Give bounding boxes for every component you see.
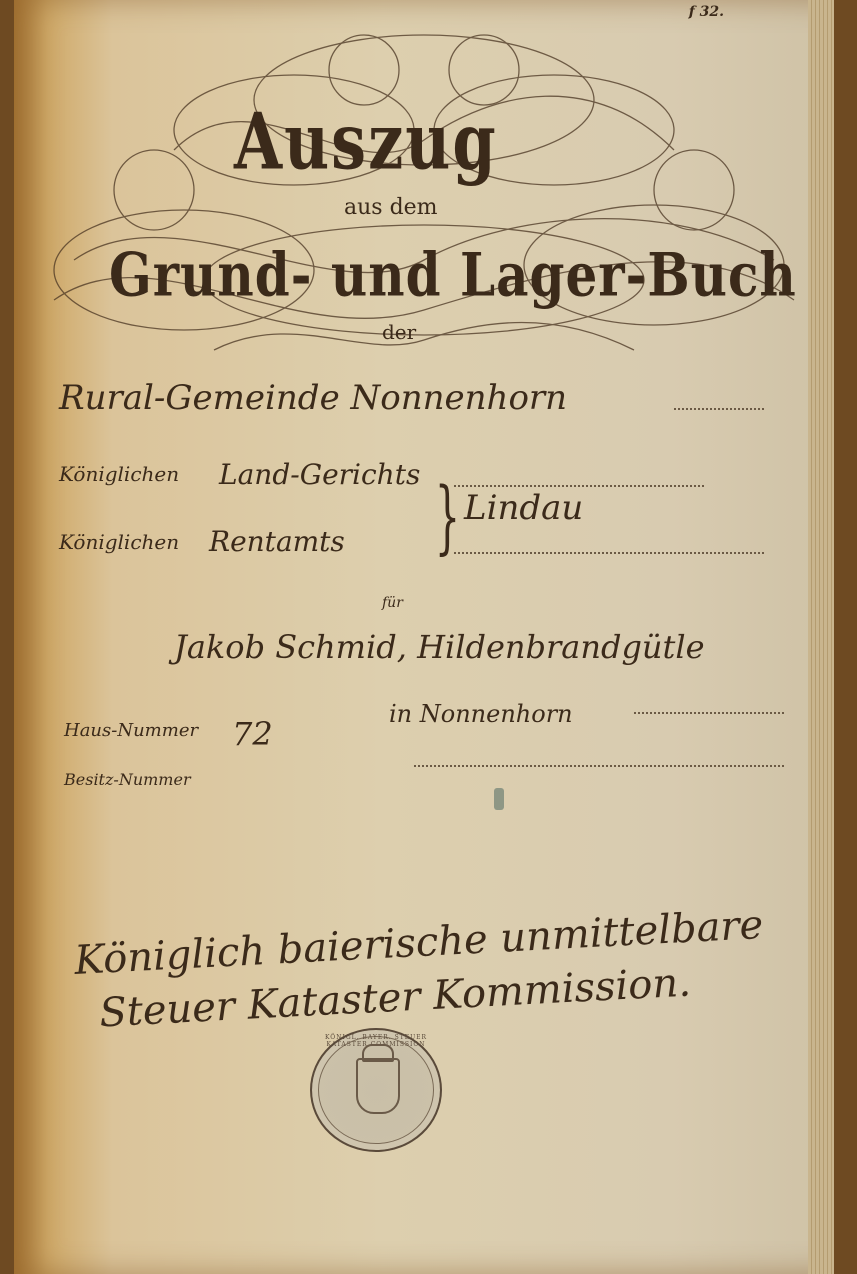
place-name: Lindau xyxy=(464,488,583,528)
dotted-rule xyxy=(414,765,784,767)
house-number-label: Haus-Nummer xyxy=(64,720,198,741)
possession-number-label: Besitz-Nummer xyxy=(64,770,191,789)
owner-location: in Nonnenhorn xyxy=(389,700,573,728)
for-label: für xyxy=(382,595,403,611)
dotted-rule xyxy=(454,485,704,487)
dotted-rule xyxy=(454,552,764,554)
dotted-rule xyxy=(674,408,764,410)
book-title: Grund- und Lager-Buch xyxy=(109,239,797,310)
court-label-a: Königlichen xyxy=(59,462,179,486)
document-title: Auszug xyxy=(234,96,498,187)
municipality-name: Nonnenhorn xyxy=(351,378,568,418)
municipality-label: Gemeinde xyxy=(165,378,339,418)
coat-of-arms-icon xyxy=(356,1058,400,1114)
court-label-b: Land-Gerichts xyxy=(219,458,420,491)
official-seal-icon: KÖNIGL. BAYER. STEUER KATASTER COMMISSIO… xyxy=(310,1028,442,1152)
municipality-prefix: Rural- xyxy=(59,378,165,418)
municipality-line: Rural-Gemeinde Nonnenhorn xyxy=(59,378,567,418)
owner-name: Jakob Schmid, Hildenbrandgütle xyxy=(174,628,705,666)
title-connector: aus dem xyxy=(344,195,438,220)
dotted-rule xyxy=(634,712,784,714)
document-page: f 32. Auszug aus dem Grund- und Lager-Bu… xyxy=(14,0,834,1274)
ink-smudge xyxy=(494,788,504,810)
title-article: der xyxy=(382,320,416,344)
house-number: 72 xyxy=(232,715,273,753)
office-label-a: Königlichen xyxy=(59,530,179,554)
brace: } xyxy=(435,470,460,563)
office-label-b: Rentamts xyxy=(209,525,345,558)
